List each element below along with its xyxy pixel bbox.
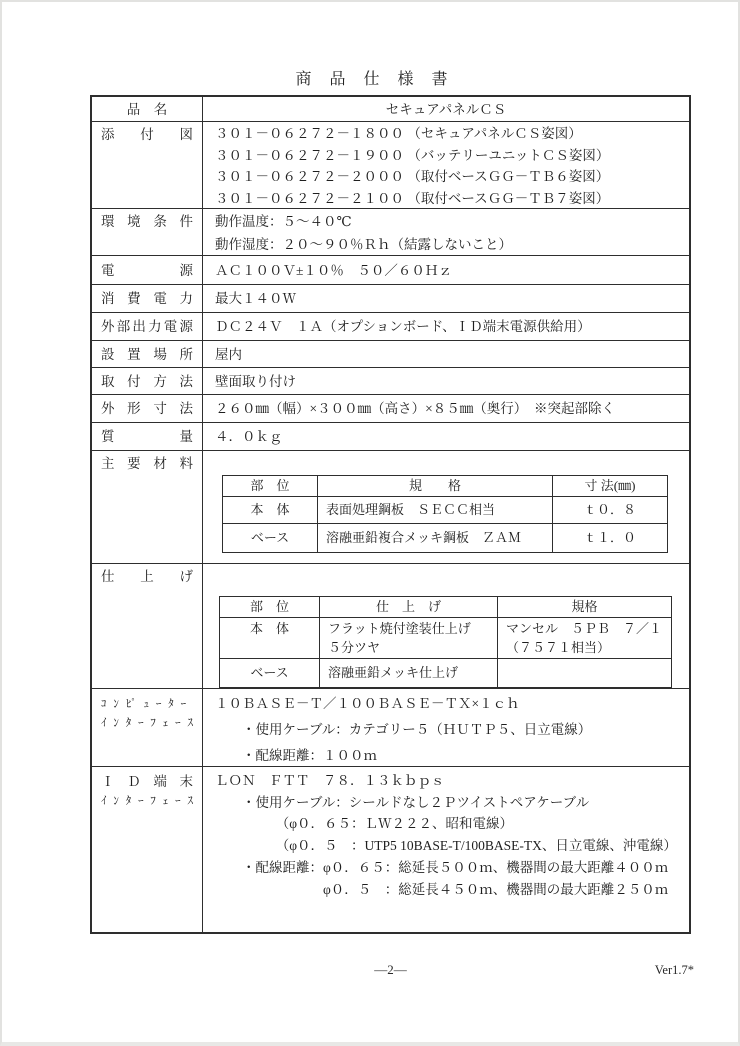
row-power-consumption-label: 消費電力	[92, 285, 203, 312]
row-computer-interface: ｺﾝﾋﾟｭｰﾀｰ ｲﾝﾀｰﾌｪｰｽ １０ＢＡＳＥ－Ｔ／１００ＢＡＳＥ－ＴＸ×１ｃ…	[92, 689, 689, 767]
row-external-dimensions: 外形寸法 ２６０㎜（幅）×３００㎜（高さ）×８５㎜（奥行） ※突起部除く	[92, 395, 689, 423]
row-id-terminal-interface-label: ＩＤ端末 ｲﾝﾀｰﾌｪｰｽ	[92, 767, 203, 932]
finish-spec	[498, 659, 671, 687]
materials-dimension: ｔ１．０	[553, 524, 667, 552]
materials-dimension: ｔ０．８	[553, 497, 667, 523]
row-id-terminal-interface: ＩＤ端末 ｲﾝﾀｰﾌｪｰｽ ＬＯＮ ＦＴＴ ７８．１３ｋｂｐｓ ・使用ケーブル：…	[92, 767, 689, 932]
finish-part: 本 体	[220, 618, 320, 658]
mounting-method-value: 壁面取り付け	[203, 370, 689, 393]
materials-header-part: 部 位	[223, 476, 318, 496]
spec-table: 品 名 セキュアパネルＣＳ 添付図 ３０１－０６２７２－１８００ （セキュアパネ…	[90, 95, 691, 934]
row-product-name: 品 名 セキュアパネルＣＳ	[92, 97, 689, 122]
finish-value: 部 位 仕 上 げ 規格 本 体 フラット焼付塗装仕上げ ５分ツヤ マンセル ５…	[203, 564, 689, 688]
environment-value: 動作温度：５～４０℃ 動作湿度：２０～９０％Ｒｈ（結露しないこと）	[203, 209, 689, 255]
materials-header-dimension: 寸 法(㎜)	[553, 476, 667, 496]
finish-row-body: 本 体 フラット焼付塗装仕上げ ５分ツヤ マンセル ５ＰＢ ７／１ （７５７１相…	[220, 618, 671, 659]
row-main-materials-label: 主要材料	[92, 451, 203, 563]
row-mounting-method: 取付方法 壁面取り付け	[92, 368, 689, 395]
id-terminal-interface-value: ＬＯＮ ＦＴＴ ７８．１３ｋｂｐｓ ・使用ケーブル：シールドなし２Ｐツイストペア…	[203, 767, 689, 932]
row-environment-label: 環境条件	[92, 209, 203, 255]
row-product-name-label: 品 名	[92, 97, 203, 121]
drawing-line: ３０１－０６２７２－１８００ （セキュアパネルＣＳ姿図）	[215, 123, 685, 145]
row-mass-label: 質量	[92, 423, 203, 450]
row-finish: 仕上げ 部 位 仕 上 げ 規格 本 体 フラット焼付塗装仕上げ ５分ツヤ マン…	[92, 564, 689, 689]
external-dimensions-value: ２６０㎜（幅）×３００㎜（高さ）×８５㎜（奥行） ※突起部除く	[203, 397, 689, 420]
finish-part: ベース	[220, 659, 320, 687]
environment-line: 動作温度：５～４０℃	[215, 210, 685, 233]
row-computer-interface-label: ｺﾝﾋﾟｭｰﾀｰ ｲﾝﾀｰﾌｪｰｽ	[92, 689, 203, 766]
finish-header-row: 部 位 仕 上 げ 規格	[220, 597, 671, 618]
materials-row-body: 本 体 表面処理鋼板 ＳＥＣＣ相当 ｔ０．８	[223, 497, 667, 524]
drawing-line: ３０１－０６２７２－２０００ （取付ベースＧＧ－ＴＢ６姿図）	[215, 166, 685, 188]
materials-header-row: 部 位 規 格 寸 法(㎜)	[223, 476, 667, 497]
computer-interface-value: １０ＢＡＳＥ－Ｔ／１００ＢＡＳＥ－ＴＸ×１ｃｈ ・使用ケーブル：カテゴリー５（Ｈ…	[203, 689, 689, 766]
row-external-dimensions-label: 外形寸法	[92, 395, 203, 422]
materials-header-spec: 規 格	[318, 476, 553, 496]
finish-header-spec: 規格	[498, 597, 671, 617]
page-title: 商 品 仕 様 書	[2, 66, 740, 89]
computer-interface-line: １０ＢＡＳＥ－Ｔ／１００ＢＡＳＥ－ＴＸ×１ｃｈ	[215, 691, 685, 717]
id-terminal-line: （φ０．６５：ＬＷ２２２、昭和電線）	[215, 813, 685, 835]
scanned-spec-sheet-page: { "document": { "title": "商 品 仕 様 書", "p…	[0, 0, 740, 1046]
row-external-output-power: 外部出力電源 ＤＣ２４Ｖ １Ａ（オプションボード、ＩＤ端末電源供給用）	[92, 313, 689, 341]
id-terminal-line: φ０．５ ：総延長４５０ｍ、機器間の最大距離２５０ｍ	[215, 879, 685, 901]
drawing-line: ３０１－０６２７２－２１００ （取付ベースＧＧ－ＴＢ７姿図）	[215, 188, 685, 208]
computer-interface-label-line1: ｺﾝﾋﾟｭｰﾀｰ	[101, 691, 193, 714]
power-supply-value: ＡＣ１００Ｖ±１０％ ５０／６０Ｈｚ	[203, 259, 689, 282]
computer-interface-line: ・使用ケーブル：カテゴリー５（ＨＵＴＰ５、日立電線）	[215, 717, 685, 743]
finish-table: 部 位 仕 上 げ 規格 本 体 フラット焼付塗装仕上げ ５分ツヤ マンセル ５…	[219, 596, 672, 688]
id-terminal-line: ＬＯＮ ＦＴＴ ７８．１３ｋｂｐｓ	[215, 770, 685, 792]
row-installation-site-label: 設置場所	[92, 341, 203, 367]
computer-interface-label-line2: ｲﾝﾀｰﾌｪｰｽ	[101, 714, 193, 733]
attached-drawings-value: ３０１－０６２７２－１８００ （セキュアパネルＣＳ姿図） ３０１－０６２７２－１…	[203, 122, 689, 208]
mass-value: ４．０ｋｇ	[203, 425, 689, 448]
finish-spec: マンセル ５ＰＢ ７／１ （７５７１相当）	[498, 618, 671, 658]
row-external-output-power-label: 外部出力電源	[92, 313, 203, 340]
id-terminal-line: ・配線距離：φ０．６５：総延長５００ｍ、機器間の最大距離４００ｍ	[215, 857, 685, 879]
row-power-supply-label: 電源	[92, 256, 203, 284]
row-main-materials: 主要材料 部 位 規 格 寸 法(㎜) 本 体 表面処理鋼板 ＳＥＣＣ相当 ｔ０…	[92, 451, 689, 564]
main-materials-value: 部 位 規 格 寸 法(㎜) 本 体 表面処理鋼板 ＳＥＣＣ相当 ｔ０．８ ベー…	[203, 451, 689, 563]
row-power-supply: 電源 ＡＣ１００Ｖ±１０％ ５０／６０Ｈｚ	[92, 256, 689, 285]
id-terminal-line: （φ０．５ ：UTP5 10BASE-T/100BASE-TX、日立電線、沖電線…	[215, 835, 685, 857]
row-installation-site: 設置場所 屋内	[92, 341, 689, 368]
drawing-line: ３０１－０６２７２－１９００ （バッテリーユニットＣＳ姿図）	[215, 145, 685, 167]
row-mass: 質量 ４．０ｋｇ	[92, 423, 689, 451]
page-number: —2—	[90, 962, 691, 978]
finish-row-base: ベース 溶融亜鉛メッキ仕上げ	[220, 659, 671, 687]
materials-part: ベース	[223, 524, 318, 552]
installation-site-value: 屋内	[203, 343, 689, 366]
row-environment: 環境条件 動作温度：５～４０℃ 動作湿度：２０～９０％Ｒｈ（結露しないこと）	[92, 209, 689, 256]
id-terminal-label-line2: ｲﾝﾀｰﾌｪｰｽ	[101, 792, 193, 811]
row-finish-label: 仕上げ	[92, 564, 203, 688]
power-consumption-value: 最大１４０Ｗ	[203, 287, 689, 310]
external-output-power-value: ＤＣ２４Ｖ １Ａ（オプションボード、ＩＤ端末電源供給用）	[203, 315, 689, 338]
computer-interface-line: ・配線距離：１００ｍ	[215, 743, 685, 766]
materials-table: 部 位 規 格 寸 法(㎜) 本 体 表面処理鋼板 ＳＥＣＣ相当 ｔ０．８ ベー…	[222, 475, 668, 553]
finish-finish: 溶融亜鉛メッキ仕上げ	[320, 659, 498, 687]
row-power-consumption: 消費電力 最大１４０Ｗ	[92, 285, 689, 313]
version-label: Ver1.7*	[655, 963, 694, 978]
product-name-value: セキュアパネルＣＳ	[203, 98, 689, 121]
finish-header-finish: 仕 上 げ	[320, 597, 498, 617]
row-attached-drawings: 添付図 ３０１－０６２７２－１８００ （セキュアパネルＣＳ姿図） ３０１－０６２…	[92, 122, 689, 209]
materials-spec: 溶融亜鉛複合メッキ鋼板 ＺＡＭ	[318, 524, 553, 552]
id-terminal-line: ・使用ケーブル：シールドなし２Ｐツイストペアケーブル	[215, 792, 685, 814]
materials-row-base: ベース 溶融亜鉛複合メッキ鋼板 ＺＡＭ ｔ１．０	[223, 524, 667, 552]
row-mounting-method-label: 取付方法	[92, 368, 203, 394]
environment-line: 動作湿度：２０～９０％Ｒｈ（結露しないこと）	[215, 233, 685, 255]
id-terminal-label-line1: ＩＤ端末	[101, 769, 193, 792]
finish-header-part: 部 位	[220, 597, 320, 617]
finish-finish: フラット焼付塗装仕上げ ５分ツヤ	[320, 618, 498, 658]
materials-part: 本 体	[223, 497, 318, 523]
row-attached-drawings-label: 添付図	[92, 122, 203, 208]
materials-spec: 表面処理鋼板 ＳＥＣＣ相当	[318, 497, 553, 523]
